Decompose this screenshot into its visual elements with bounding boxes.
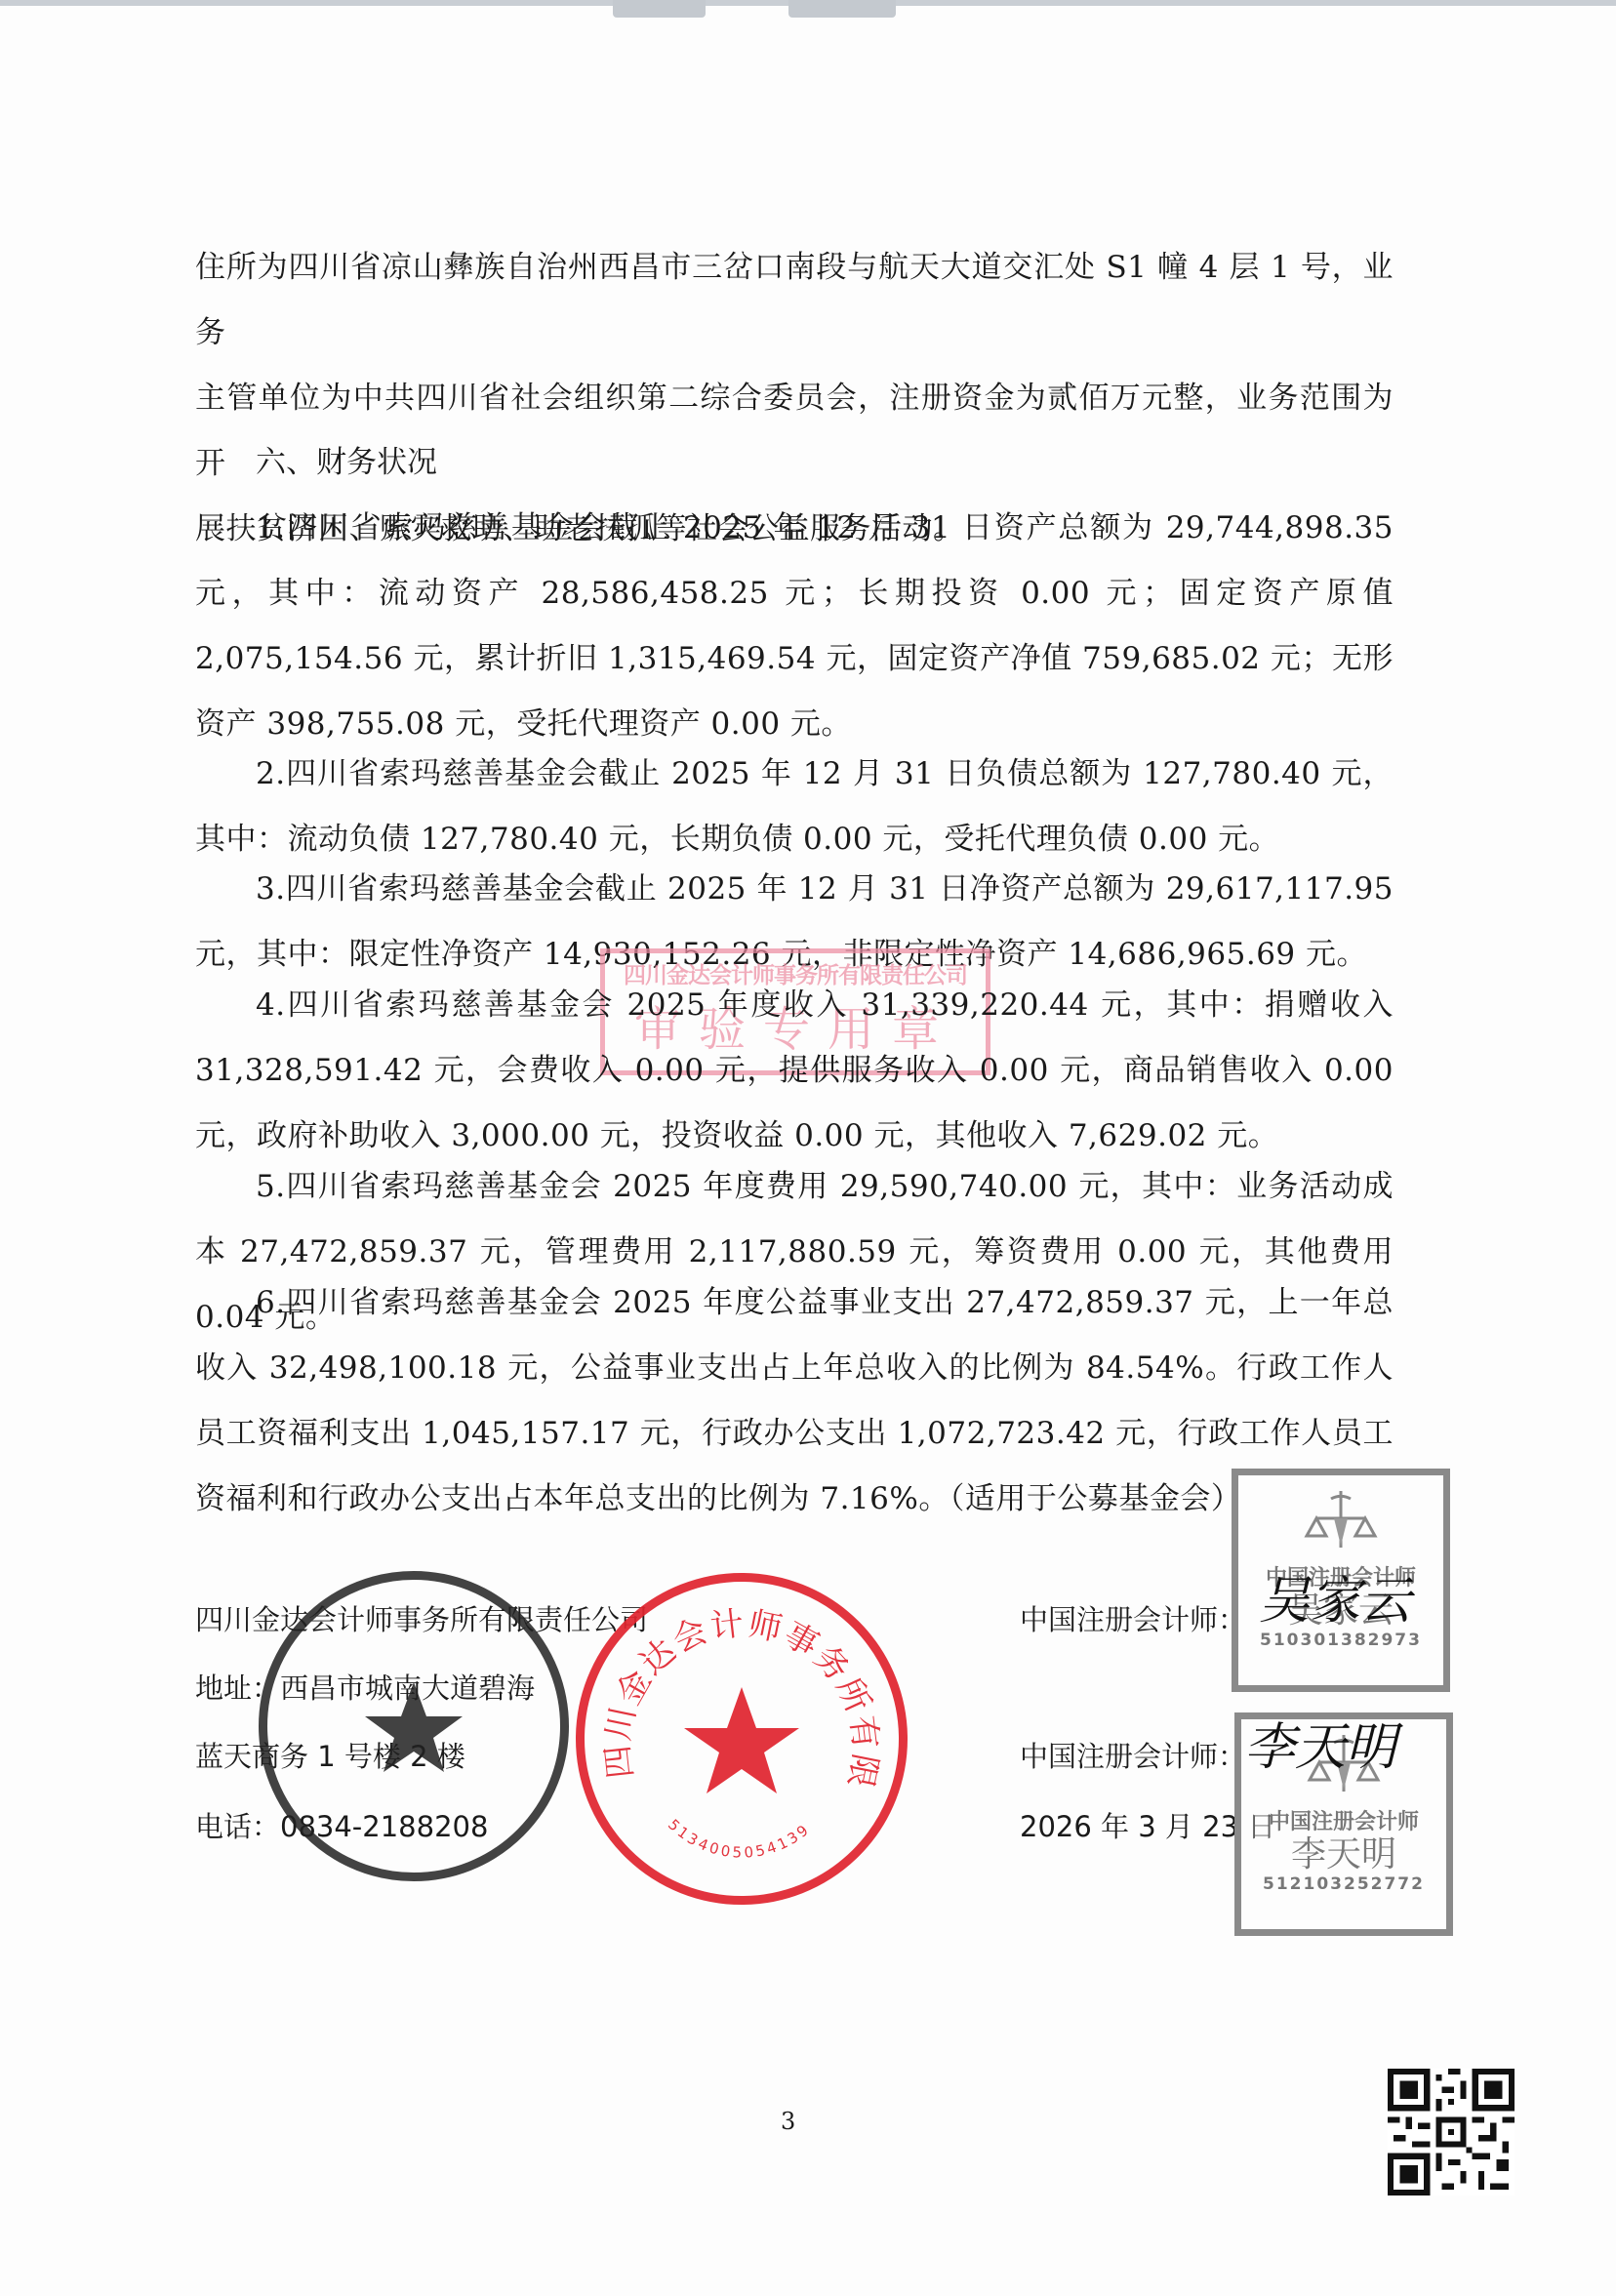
section-heading: 六、财务状况	[256, 430, 437, 496]
page-number: 3	[781, 2108, 795, 2135]
signature-li: 李天明	[1244, 1706, 1396, 1779]
item-1-assets: 1.四川省索玛慈善基金会截止 2025 年 12 月 31 日资产总额为 29,…	[195, 496, 1394, 757]
scan-edge-tab	[788, 0, 896, 18]
item-2-liabilities: 2.四川省索玛慈善基金会截止 2025 年 12 月 31 日负债总额为 127…	[195, 742, 1394, 872]
company-seal-red: 四川金达会计师事务所有限责任公司 5134005054139	[576, 1573, 908, 1905]
item-6-welfare: 6.四川省索玛慈善基金会 2025 年度公益事业支出 27,472,859.37…	[195, 1270, 1394, 1532]
cpa-stamp-name: 李天明	[1241, 1835, 1446, 1874]
seal-code-text: 5134005054139	[665, 1816, 814, 1862]
scales-of-justice-icon	[1297, 1489, 1385, 1557]
signature-wu: 吴家云	[1259, 1559, 1411, 1632]
qr-code-icon	[1388, 2069, 1515, 2195]
cpa-stamp-id: 512103252772	[1241, 1874, 1446, 1894]
cpa-label-1: 中国注册会计师：	[1020, 1591, 1246, 1649]
cpa-stamp-id: 510301382973	[1238, 1631, 1443, 1650]
star-icon	[267, 1580, 560, 1873]
scan-edge-tab	[613, 0, 706, 18]
svg-text:5134005054139: 5134005054139	[665, 1816, 814, 1862]
company-seal-black	[259, 1571, 569, 1881]
item-4-income: 4.四川省索玛慈善基金会 2025 年度收入 31,339,220.44 元，其…	[195, 973, 1394, 1169]
text-line: 住所为四川省凉山彝族自治州西昌市三岔口南段与航天大道交汇处 S1 幢 4 层 1…	[195, 235, 1394, 366]
cpa-stamp-title: 中国注册会计师	[1241, 1805, 1446, 1835]
cpa-label-2: 中国注册会计师：	[1020, 1727, 1246, 1786]
star-icon: 四川金达会计师事务所有限责任公司 5134005054139	[585, 1582, 899, 1896]
document-page: 住所为四川省凉山彝族自治州西昌市三岔口南段与航天大道交汇处 S1 幢 4 层 1…	[0, 0, 1616, 2296]
